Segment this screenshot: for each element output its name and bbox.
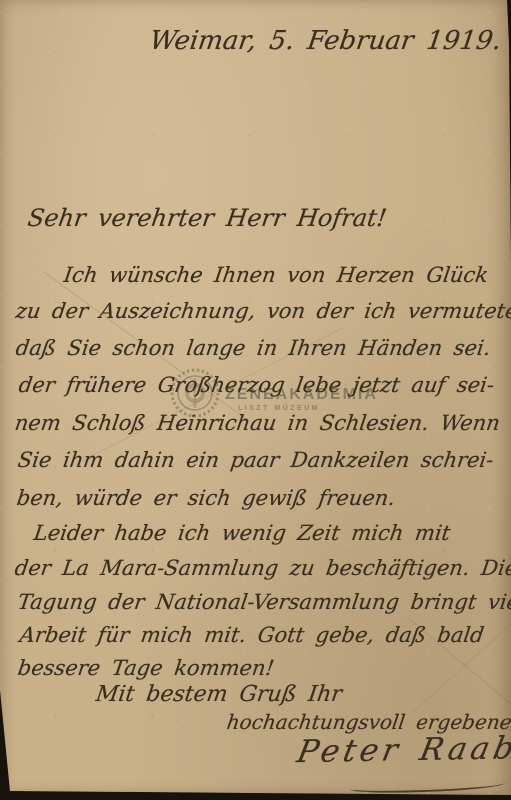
closing-line: Mit bestem Gruß Ihr xyxy=(94,682,343,707)
letter-paper: ZENEAKADÉMIA LISZT MÚZEUM Weimar, 5. Feb… xyxy=(0,0,511,800)
body-line: ben, würde er sich gewiß freuen. xyxy=(15,486,396,510)
body-line: nem Schloß Heinrichau in Schlesien. Wenn xyxy=(13,411,501,435)
body-line: Sie ihm dahin ein paar Dankzeilen schrei… xyxy=(16,448,495,472)
body-line: daß Sie schon lange in Ihren Händen sei. xyxy=(14,336,492,360)
scanned-letter-page: ZENEAKADÉMIA LISZT MÚZEUM Weimar, 5. Feb… xyxy=(0,0,511,800)
salutation: Sehr verehrter Herr Hofrat! xyxy=(26,204,388,232)
body-line: Tagung der National-Versammlung bringt v… xyxy=(16,590,511,614)
signature: Peter Raabe xyxy=(294,730,511,770)
body-line: der frühere Großherzog lebe jetzt auf se… xyxy=(17,373,495,397)
body-line: Arbeit für mich mit. Gott gebe, daß bald xyxy=(18,623,485,647)
dateline: Weimar, 5. Februar 1919. xyxy=(148,26,503,56)
body-line: Ich wünsche Ihnen von Herzen Glück xyxy=(62,263,489,287)
body-line: Leider habe ich wenig Zeit mich mit xyxy=(32,521,452,545)
body-line: bessere Tage kommen! xyxy=(16,656,275,680)
signature-flourish xyxy=(350,778,505,794)
body-line: der La Mara-Sammlung zu beschäftigen. Di… xyxy=(13,556,511,580)
body-line: zu der Auszeichnung, von der ich vermute… xyxy=(14,299,511,323)
